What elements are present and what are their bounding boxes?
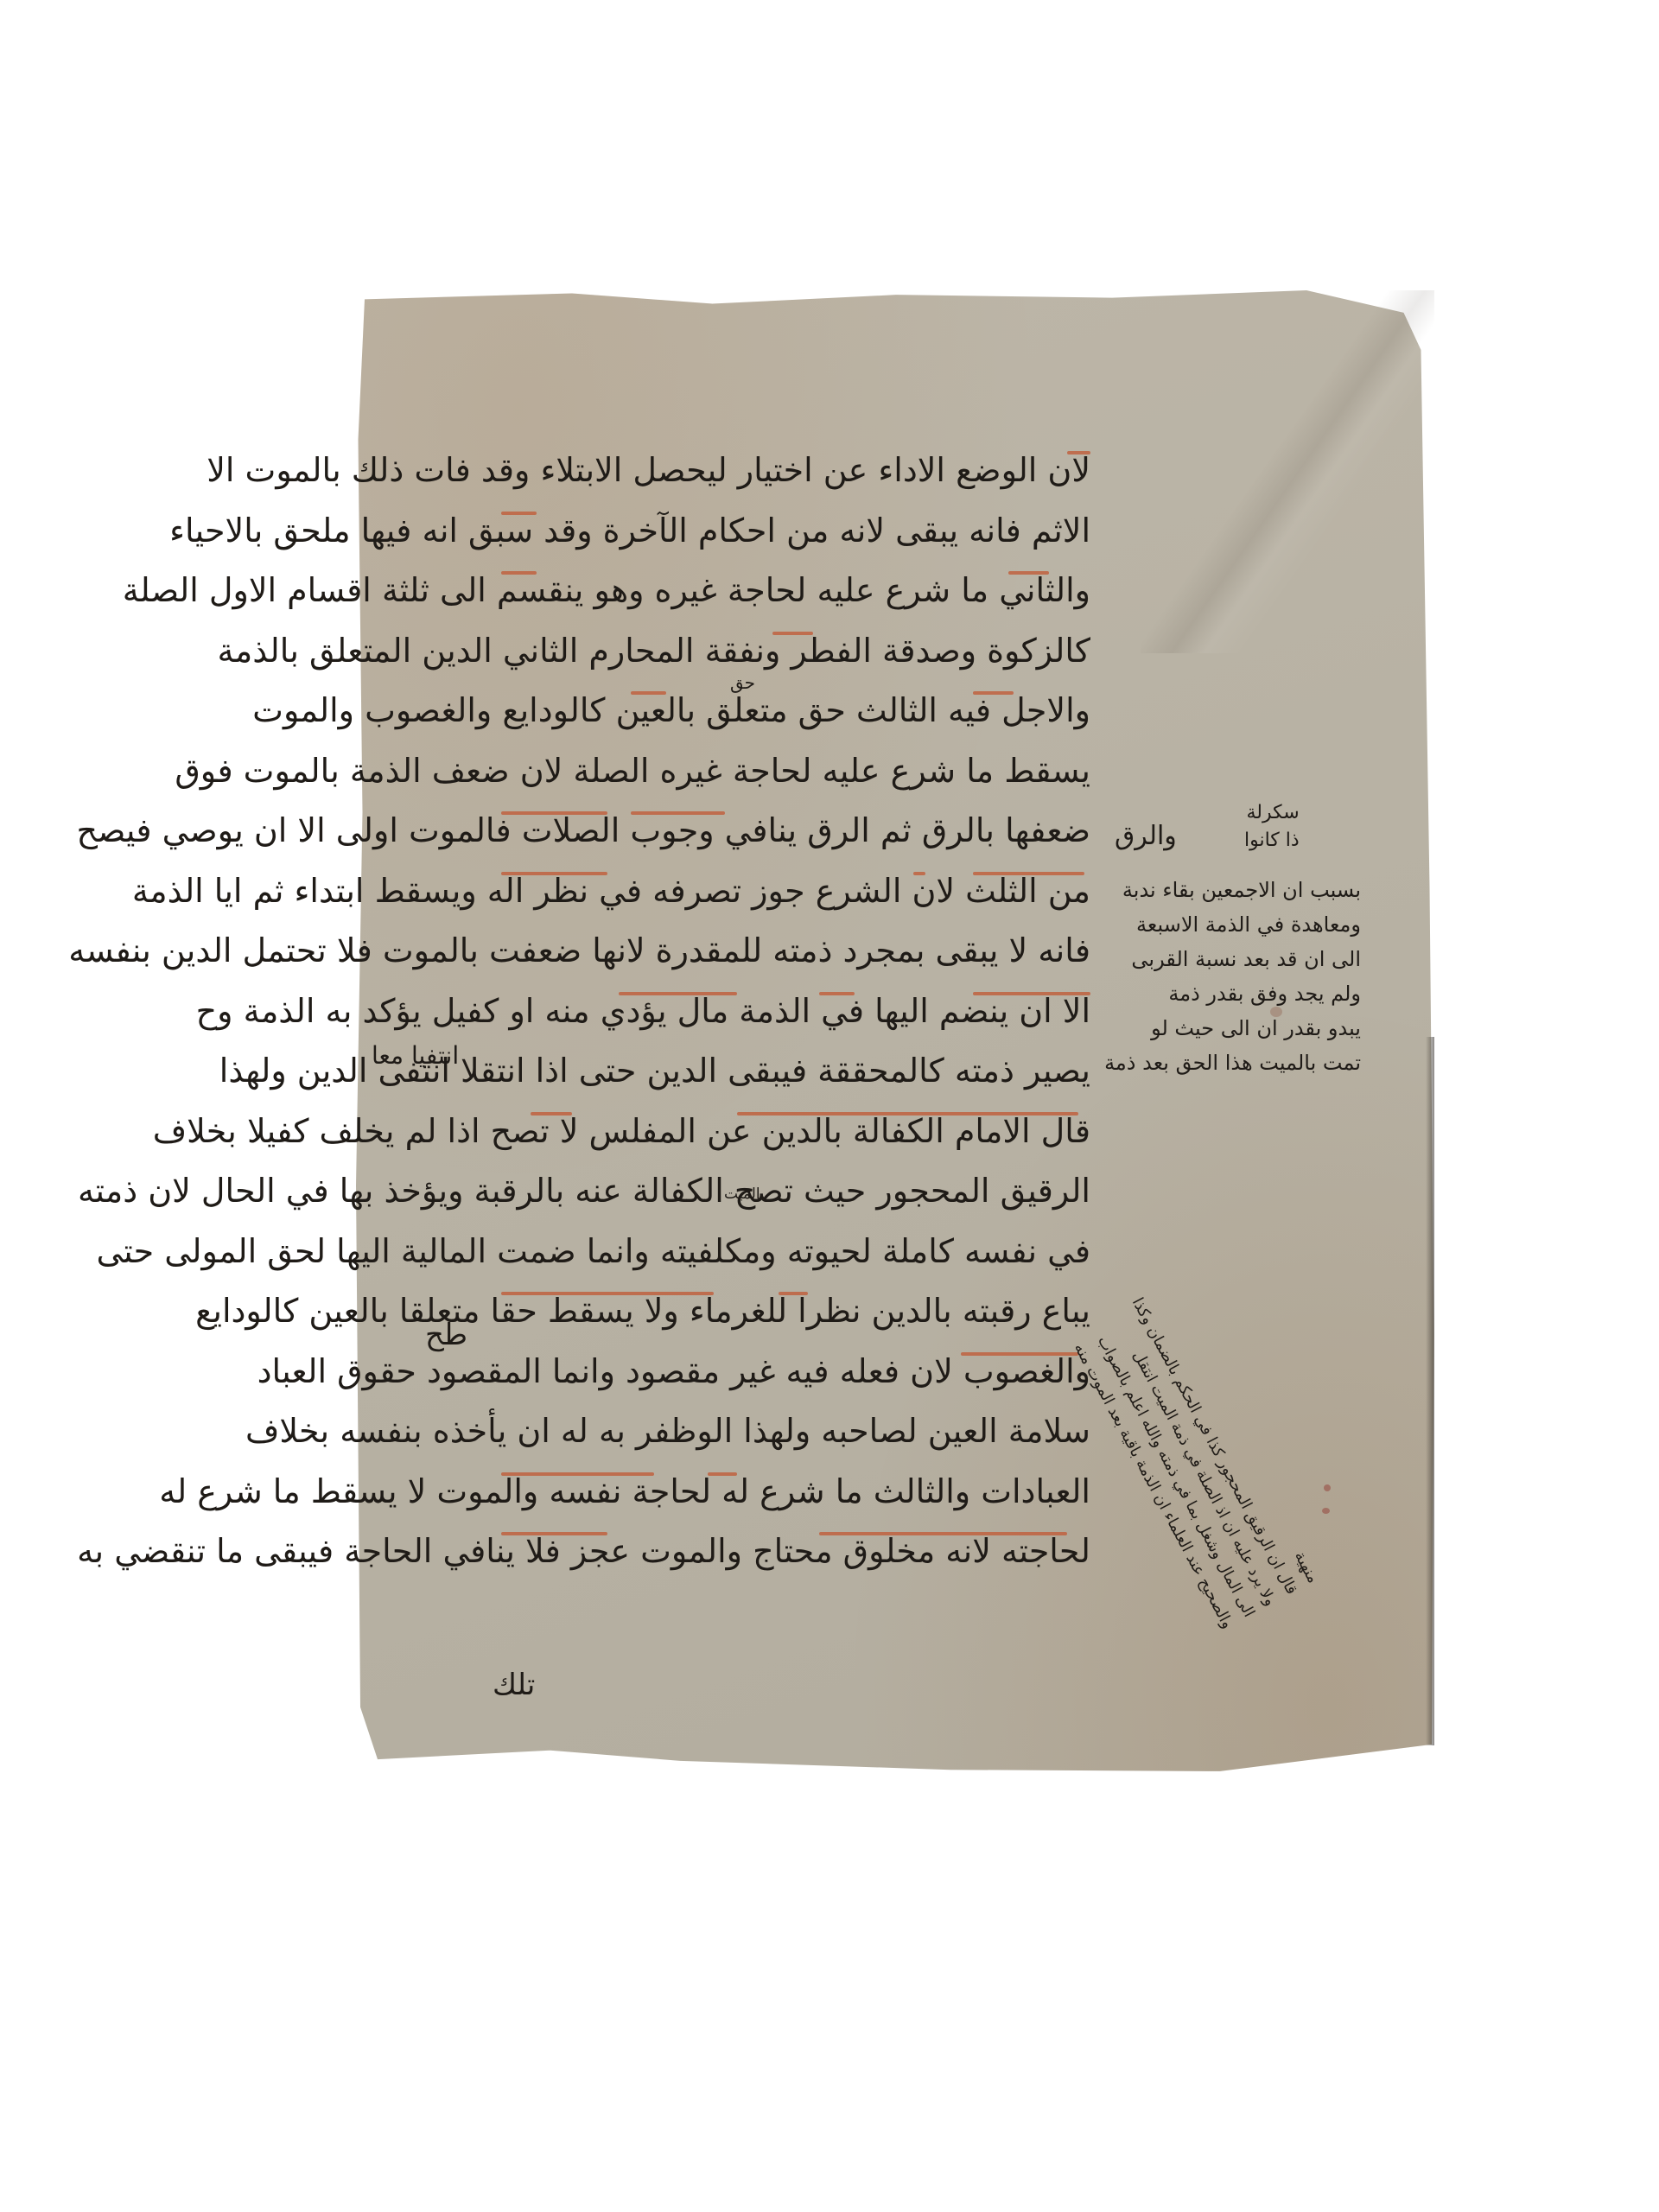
text-line-12: قال الامام الكفالة بالدين عن المفلس لا ت… (501, 1102, 1090, 1162)
rubric-overline (973, 872, 1085, 875)
rubric-overline (819, 1532, 1066, 1535)
text-line-3: والثاني ما شرع عليه لحاجة غيره وهو ينقسم… (501, 561, 1090, 621)
ink-spot (1322, 1508, 1330, 1514)
ink-spot (1324, 1484, 1331, 1491)
rubric-overline (772, 632, 814, 635)
text-line-18: العبادات والثالث ما شرع له لحاجة نفسه وا… (501, 1462, 1090, 1522)
rubric-overline (501, 512, 537, 515)
interlinear-correction-haqq: حق (730, 672, 755, 693)
left-margin-note-2: طح (425, 1318, 467, 1352)
heading-line-1: سكرلة (1244, 799, 1300, 827)
right-margin-note: بسبب ان الاجمعين بقاء ندبة ومعاهدة في ال… (1102, 873, 1361, 1080)
text-line-9: فانه لا يبقى بمجرد ذمته للمقدرة لانها ضع… (501, 921, 1090, 982)
text-line-4: كالزكوة وصدقة الفطر ونفقة المحارم الثاني… (501, 621, 1090, 682)
rubric-overline (501, 1292, 714, 1295)
rubric-overline (973, 691, 1014, 695)
rubric-overline (1008, 571, 1050, 575)
rubric-overline (1067, 451, 1090, 454)
rubric-overline (531, 1112, 572, 1116)
note-line-1: بسبب ان الاجمعين بقاء ندبة (1102, 873, 1361, 907)
text-line-19: لحاجته لانه مخلوق محتاج والموت عجز فلا ي… (501, 1522, 1090, 1582)
note-line-5: يبدو بقدر ان الى حيث لو (1102, 1011, 1361, 1046)
text-line-10: الا ان ينضم اليها في الذمة مال يؤدي منه … (501, 982, 1090, 1042)
text-line-5: والاجل فيه الثالث حق متعلق بالعين كالودا… (501, 681, 1090, 741)
main-text-block: لان الوضع الاداء عن اختيار ليحصل الابتلا… (501, 441, 1090, 1582)
note-line-2: ومعاهدة في الذمة الاسبعة (1102, 907, 1361, 942)
heading-line-2: ذا كانوا (1244, 827, 1300, 855)
note-line-6: تمت بالميت هذا الحق بعد ذمة (1102, 1046, 1361, 1080)
rubric-overline (819, 992, 855, 995)
rubric-overline (631, 811, 725, 815)
catchword: تلك (493, 1668, 535, 1702)
interlinear-correction-al-mayyit: الميت (724, 1185, 760, 1203)
rubric-overline (631, 691, 666, 695)
text-line-16: والغصوب لان فعله فيه غير مقصود وانما الم… (501, 1342, 1090, 1402)
right-margin-rubric-note: والرق (1115, 821, 1177, 851)
rubric-overline (708, 1472, 737, 1476)
text-line-8: من الثلث لان الشرع جوز تصرفه في نظر اله … (501, 861, 1090, 922)
text-line-2: الاثم فانه يبقى لانه من احكام الآخرة وقد… (501, 501, 1090, 562)
text-line-6: يسقط ما شرع عليه لحاجة غيره الصلة لان ضع… (501, 741, 1090, 802)
right-margin-note-heading: سكرلة ذا كانوا (1244, 799, 1300, 855)
text-line-1: لان الوضع الاداء عن اختيار ليحصل الابتلا… (501, 441, 1090, 501)
left-margin-note-1: انتفيا معا (372, 1041, 459, 1070)
page-edge-shadow (1426, 1037, 1434, 1745)
rubric-overline (501, 1532, 607, 1535)
rubric-overline (501, 571, 537, 575)
text-line-15: يباع رقبته بالدين نظرا للغرماء ولا يسقط … (501, 1281, 1090, 1342)
note-line-4: ولم يجد وفق بقدر ذمة (1102, 976, 1361, 1011)
stain-spot (1270, 1007, 1282, 1017)
rubric-overline (913, 872, 925, 875)
rubric-overline (619, 992, 736, 995)
rubric-overline (501, 1472, 654, 1476)
rubric-overline (737, 1112, 1079, 1116)
text-line-11: يصير ذمته كالمحققة فيبقى الدين حتى اذا ا… (501, 1041, 1090, 1102)
rubric-overline (973, 992, 1090, 995)
rubric-overline (501, 872, 607, 875)
text-line-17: سلامة العين لصاحبه ولهذا الوظفر به له ان… (501, 1402, 1090, 1462)
rubric-overline (779, 1292, 808, 1295)
text-line-7: ضعفها بالرق ثم الرق ينافي وجوب الصلات فا… (501, 801, 1090, 861)
note-line-3: الى ان قد بعد نسبة القربى (1102, 942, 1361, 976)
rubric-overline (501, 811, 607, 815)
